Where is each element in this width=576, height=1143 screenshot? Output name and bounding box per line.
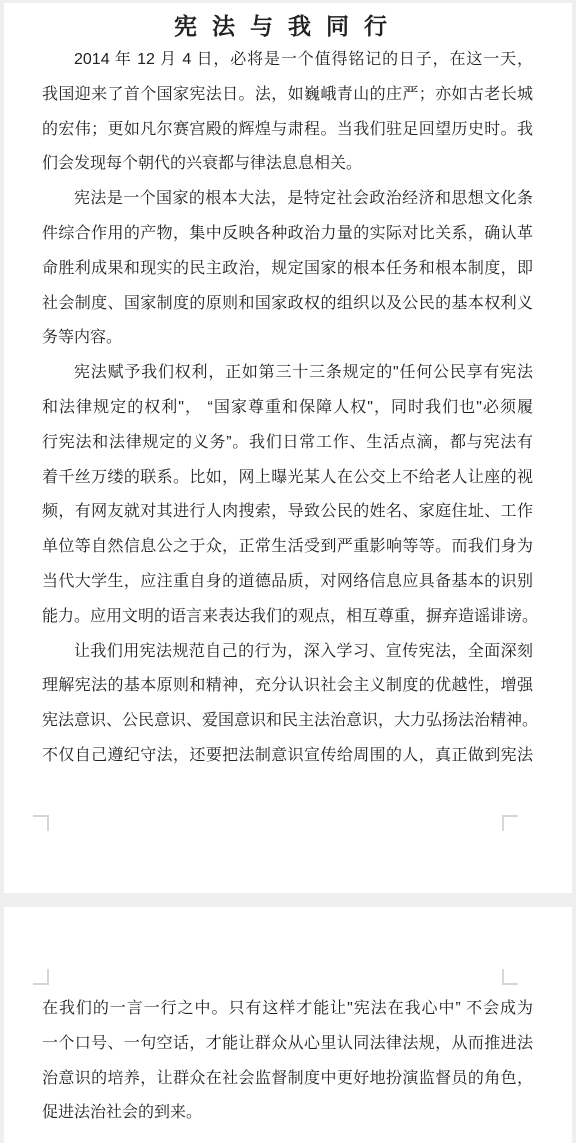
text-line: 行宪法和法律规定的义务”。我们日常工作、生活点滴，都与宪法有 (42, 426, 533, 461)
text-line: 宪法赋予我们权利，正如第三十三条规定的"任何公民享有宪法 (42, 356, 533, 391)
text-line: 的宏伟；更如凡尔赛宫殿的辉煌与肃程。当我们驻足回望历史时。我 (42, 113, 533, 148)
text-line: 宪法是一个国家的根本大法，是特定社会政治经济和思想文化条 (42, 182, 533, 217)
paragraph: 在我们的一言一行之中。只有这样才能让"宪法在我心中” 不会成为一个口号、一句空话… (42, 992, 533, 1131)
text-line: 社会制度、国家制度的原则和国家政权的组织以及公民的基本权利义 (42, 287, 533, 322)
paragraph: 2014 年 12 月 4 日，必将是一个值得铭记的日子，在这一天，我国迎来了首… (42, 43, 533, 182)
text-line: 一个口号、一句空话，才能让群众从心里认同法律法规，从而推进法 (42, 1027, 533, 1062)
text-line: 当代大学生，应注重自身的道德品质，对网络信息应具备基本的识别 (42, 565, 533, 600)
text-line: 不仅自己遵纪守法，还要把法制意识宣传给周围的人，真正做到宪法 (42, 739, 533, 774)
paragraph: 宪法赋予我们权利，正如第三十三条规定的"任何公民享有宪法和法律规定的权利"， “… (42, 356, 533, 634)
page-2-text-body: 在我们的一言一行之中。只有这样才能让"宪法在我心中” 不会成为一个口号、一句空话… (42, 992, 533, 1131)
text-line: 我国迎来了首个国家宪法日。法，如巍峨青山的庄严；亦如古老长城 (42, 78, 533, 113)
document-page-2: 在我们的一言一行之中。只有这样才能让"宪法在我心中” 不会成为一个口号、一句空话… (4, 907, 572, 1143)
text-line: 让我们用宪法规范自己的行为，深入学习、宣传宪法，全面深刻 (42, 635, 533, 670)
text-line: 在我们的一言一行之中。只有这样才能让"宪法在我心中” 不会成为 (42, 992, 533, 1027)
text-line: 宪法意识、公民意识、爱国意识和民主法治意识，大力弘扬法治精神。 (42, 704, 533, 739)
text-line: 2014 年 12 月 4 日，必将是一个值得铭记的日子，在这一天， (42, 43, 533, 78)
margin-crop-mark-top-right (502, 969, 518, 985)
text-line: 理解宪法的基本原则和精神，充分认识社会主义制度的优越性，增强 (42, 669, 533, 704)
text-line: 和法律规定的权利"， “国家尊重和保障人权"，同时我们也"必须履 (42, 391, 533, 426)
document-page-1: 宪法与我同行 2014 年 12 月 4 日，必将是一个值得铭记的日子，在这一天… (4, 3, 572, 893)
text-line: 单位等自然信息公之于众，正常生活受到严重影响等等。而我们身为 (42, 530, 533, 565)
text-line: 务等内容。 (42, 321, 533, 356)
text-line: 频，有网友就对其进行人肉搜索，导致公民的姓名、家庭住址、工作 (42, 495, 533, 530)
text-line: 促进法治社会的到来。 (42, 1096, 533, 1131)
text-line: 们会发现每个朝代的兴衰都与律法息息相关。 (42, 147, 533, 182)
text-line: 治意识的培养，让群众在社会监督制度中更好地扮演监督员的角色， (42, 1062, 533, 1097)
margin-crop-mark-bottom-left (33, 815, 49, 831)
text-line: 着千丝万缕的联系。比如，网上曝光某人在公交上不给老人让座的视 (42, 461, 533, 496)
page-1-text-body: 2014 年 12 月 4 日，必将是一个值得铭记的日子，在这一天，我国迎来了首… (42, 43, 533, 774)
document-title: 宪法与我同行 (4, 8, 572, 44)
margin-crop-mark-top-left (33, 969, 49, 985)
paragraph: 宪法是一个国家的根本大法，是特定社会政治经济和思想文化条件综合作用的产物，集中反… (42, 182, 533, 356)
text-line: 命胜利成果和现实的民主政治，规定国家的根本任务和根本制度，即 (42, 252, 533, 287)
margin-crop-mark-bottom-right (502, 815, 518, 831)
page-gap (0, 893, 576, 907)
text-line: 能力。应用文明的语言来表达我们的观点，相互尊重，摒弃造谣诽谤。 (42, 600, 533, 635)
text-line: 件综合作用的产物，集中反映各种政治力量的实际对比关系，确认革 (42, 217, 533, 252)
paragraph: 让我们用宪法规范自己的行为，深入学习、宣传宪法，全面深刻理解宪法的基本原则和精神… (42, 635, 533, 774)
